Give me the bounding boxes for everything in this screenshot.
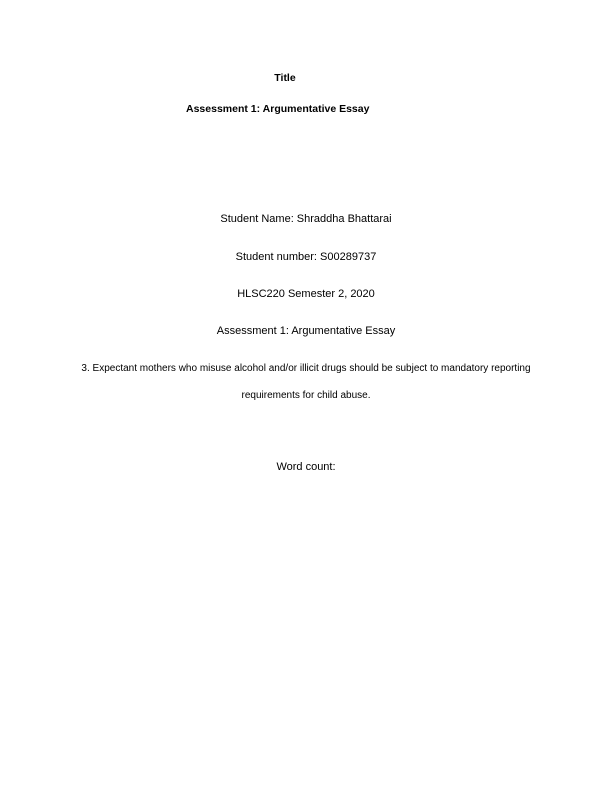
course-info: HLSC220 Semester 2, 2020 <box>0 288 612 300</box>
student-number: Student number: S00289737 <box>0 251 612 263</box>
document-subheading: Assessment 1: Argumentative Essay <box>186 103 369 115</box>
essay-topic-line-2: requirements for child abuse. <box>0 390 612 401</box>
word-count-label: Word count: <box>0 461 612 473</box>
student-name: Student Name: Shraddha Bhattarai <box>0 213 612 225</box>
document-heading: Title <box>0 72 570 84</box>
assessment-title: Assessment 1: Argumentative Essay <box>0 325 612 337</box>
essay-topic-line-1: 3. Expectant mothers who misuse alcohol … <box>0 363 612 374</box>
